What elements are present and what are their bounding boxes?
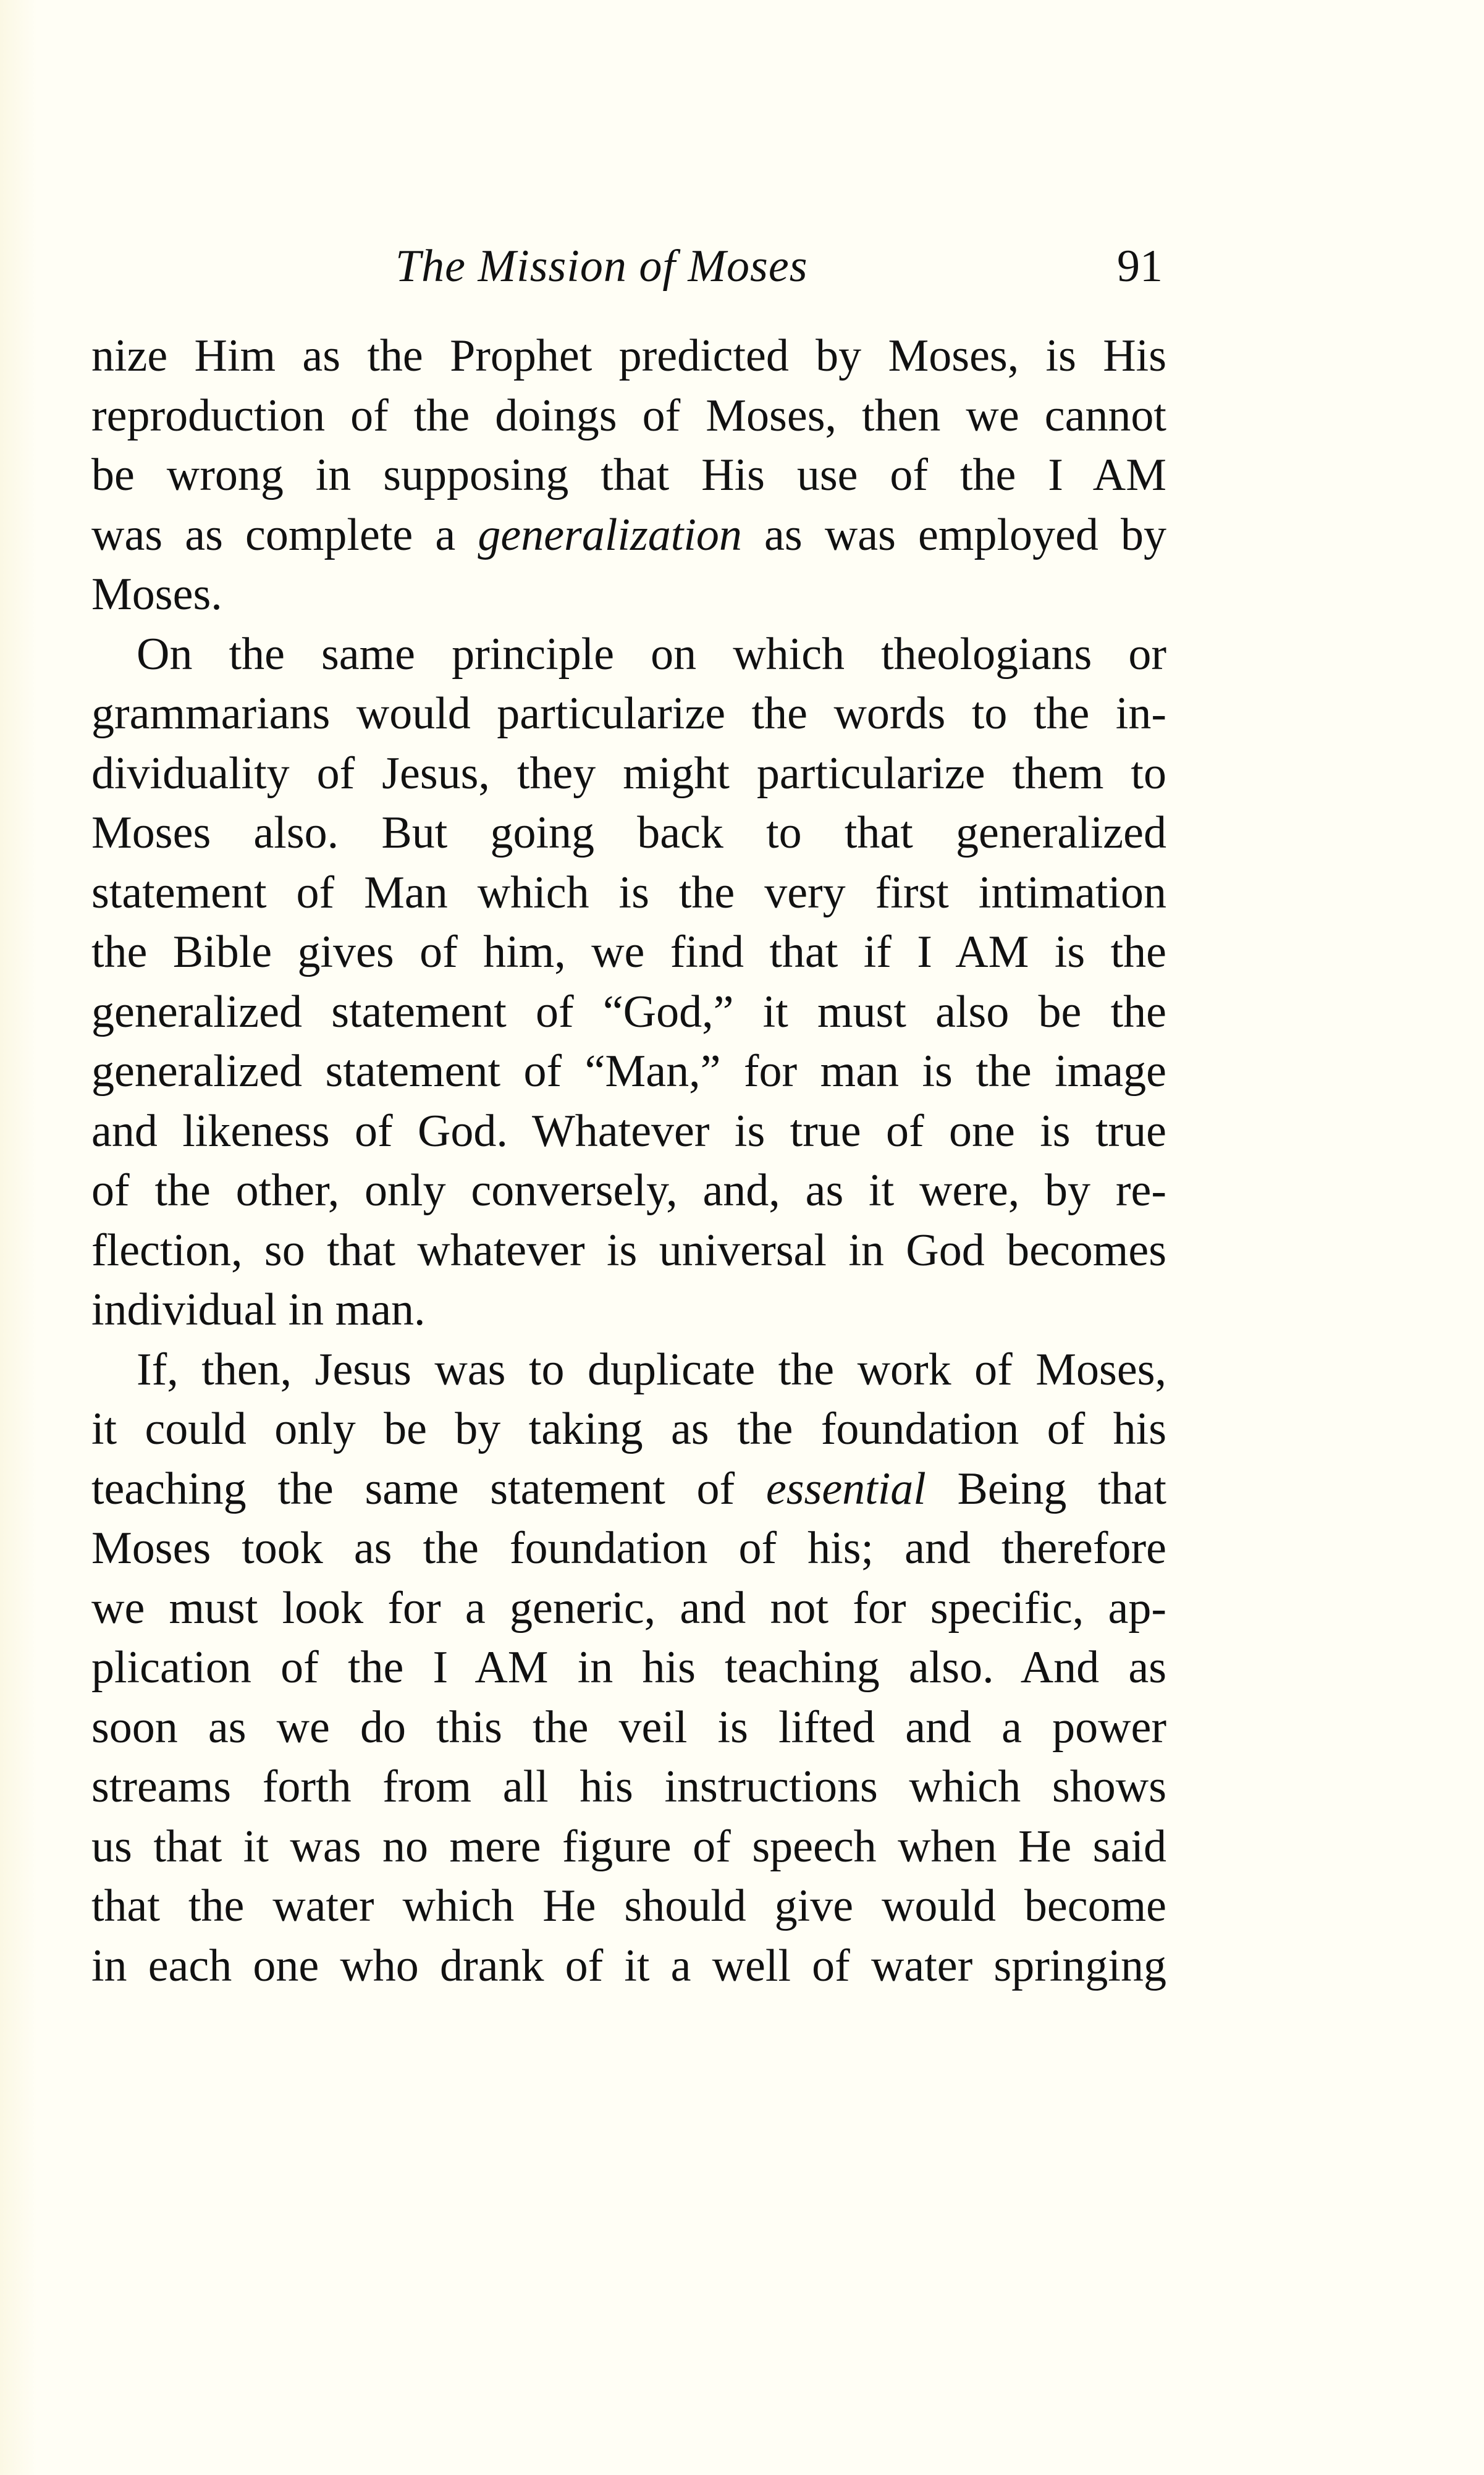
page-number: 91: [1117, 237, 1163, 296]
text-line: flection, so that whatever is universal …: [91, 1221, 1166, 1281]
text-line: of the other, only conversely, and, as i…: [91, 1161, 1166, 1221]
text-line: grammarians would particularize the word…: [91, 684, 1166, 744]
text-line: plication of the I AM in his teaching al…: [91, 1638, 1166, 1698]
text-line: in each one who drank of it a well of wa…: [91, 1936, 1166, 1996]
text-line-paragraph-start: If, then, Jesus was to duplicate the wor…: [91, 1340, 1166, 1400]
text-run: Being that: [926, 1464, 1166, 1514]
text-line-paragraph-end: individual in man.: [91, 1280, 1166, 1340]
text-run: as was employed by: [742, 510, 1166, 560]
text-line: Moses took as the foundation of his; and…: [91, 1519, 1166, 1579]
text-line: reproduction of the doings of Moses, the…: [91, 386, 1166, 446]
text-line: was as complete a generalization as was …: [91, 505, 1166, 565]
text-line: the Bible gives of him, we find that if …: [91, 922, 1166, 982]
text-line-paragraph-start: On the same principle on which theologia…: [91, 625, 1166, 685]
running-head: The Mission of Moses 91: [0, 237, 1484, 296]
text-line: and likeness of God. Whatever is true of…: [91, 1102, 1166, 1162]
text-line: teaching the same statement of essential…: [91, 1459, 1166, 1519]
running-title: The Mission of Moses: [395, 237, 808, 296]
text-line-paragraph-end: Moses.: [91, 565, 1166, 625]
text-line: generalized statement of “God,” it must …: [91, 982, 1166, 1042]
emphasis-generalization: generalization: [478, 510, 742, 560]
page-edge-shadow: [0, 0, 37, 2475]
emphasis-essential: essential: [766, 1464, 926, 1514]
text-line: nize Him as the Prophet predicted by Mos…: [91, 326, 1166, 386]
text-line: streams forth from all his instructions …: [91, 1757, 1166, 1817]
text-line: we must look for a generic, and not for …: [91, 1579, 1166, 1638]
text-line: statement of Man which is the very first…: [91, 863, 1166, 923]
text-line: soon as we do this the veil is lifted an…: [91, 1698, 1166, 1758]
text-line: dividuality of Jesus, they might particu…: [91, 744, 1166, 804]
text-line: it could only be by taking as the founda…: [91, 1399, 1166, 1459]
text-line: that the water which He should give woul…: [91, 1876, 1166, 1936]
text-run: teaching the same statement of: [91, 1464, 766, 1514]
text-run: was as complete a: [91, 510, 478, 560]
text-line: generalized statement of “Man,” for man …: [91, 1042, 1166, 1102]
body-text: nize Him as the Prophet predicted by Mos…: [91, 326, 1166, 1996]
text-line: be wrong in supposing that His use of th…: [91, 445, 1166, 505]
text-line: Moses also. But going back to that gener…: [91, 803, 1166, 863]
text-line: us that it was no mere figure of speech …: [91, 1817, 1166, 1877]
